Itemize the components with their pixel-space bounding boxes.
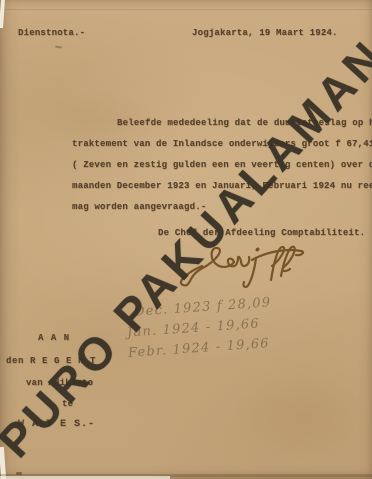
handwritten-signature-icon [168,236,318,294]
scan-corner-top-left [0,0,5,28]
addressee-line: van Adikarto [26,377,93,389]
addressee-line: A A N [38,332,70,344]
ink-speck [55,46,62,49]
doc-type-label: Dienstnota.- [18,27,85,39]
body-line: maanden December 1923 en Januari, Februa… [72,180,372,192]
body-line: traktement van de Inlandsce onderwijzers… [72,138,372,150]
ink-speck [16,472,22,475]
dateline: Jogjakarta, 19 Maart 1924. [192,27,338,39]
addressee-line: W A T E S.- [18,419,95,431]
body-line: ( Zeven en zestig gulden een en veertig … [72,159,372,171]
body-line: Beleefde mededeeling dat de duurtetoesla… [117,117,372,129]
pencil-note: Febr. 1924 - 19,66 [128,336,271,361]
addressee-line: te [62,398,73,410]
body-line: mag worden aangevraagd.- [72,201,206,213]
addressee-line: den R E G E N T [6,355,96,367]
letter-page: Dienstnota.- Jogjakarta, 19 Maart 1924. … [0,0,372,479]
pencil-note: Jan. 1924 - 19,66 [127,316,261,340]
paper-stain [230,370,370,460]
paper-top-edge [0,9,372,10]
